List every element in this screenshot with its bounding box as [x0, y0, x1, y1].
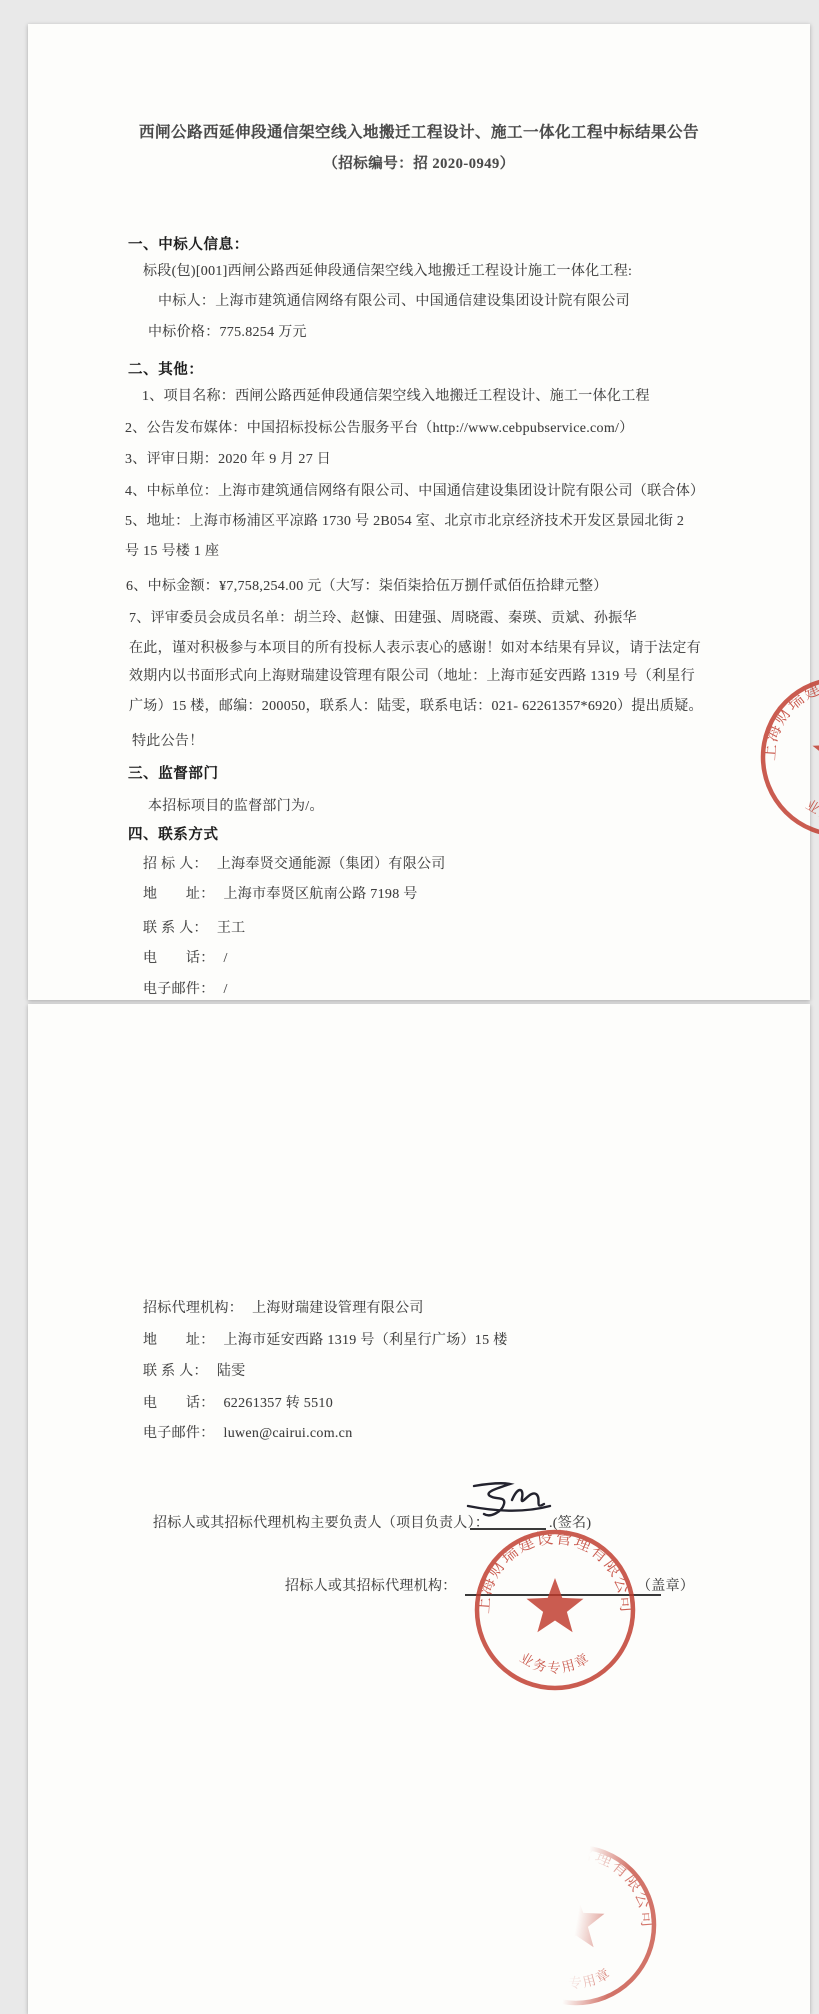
agency-row-person: 联 系 人：陆雯: [143, 1360, 245, 1380]
winner-line: 中标人：上海市建筑通信网络有限公司、中国通信建设集团设计院有限公司: [158, 290, 630, 310]
agency-label: 招标代理机构：: [143, 1301, 243, 1316]
tender-number: （招标编号：招 2020-0949）: [28, 152, 810, 173]
contact-value: 上海市奉贤区航南公路 7198 号: [224, 887, 418, 902]
section1-heading: 一、中标人信息：: [128, 233, 249, 254]
price-line: 中标价格：775.8254 万元: [148, 321, 307, 341]
note-line-1: 在此，谨对积极参与本项目的所有投标人表示衷心的感谢！如对本结果有异议，请于法定有: [129, 637, 701, 657]
star-icon: [527, 1578, 584, 1632]
contact-value: /: [224, 982, 228, 997]
other-item-4: 4、中标单位：上海市建筑通信网络有限公司、中国通信建设集团设计院有限公司（联合体…: [125, 480, 704, 500]
section3-heading: 三、监督部门: [128, 762, 219, 783]
agency-seal-line: 招标人或其招标代理机构：: [285, 1575, 457, 1595]
agency-label: 电子邮件：: [143, 1426, 215, 1441]
package-line: 标段(包)[001]西闸公路西延伸段通信架空线入地搬迁工程设计施工一体化工程:: [143, 260, 632, 280]
star-icon: [813, 725, 819, 779]
contact-row-tenderer: 招 标 人：上海奉贤交通能源（集团）有限公司: [143, 853, 446, 873]
seal-type-text: 业务专用章: [538, 1964, 614, 1990]
handwritten-signature: [460, 1476, 556, 1526]
contact-label: 电 话：: [143, 951, 215, 966]
note-line-4: 特此公告！: [132, 730, 204, 750]
page-2: 招标代理机构：上海财瑞建设管理有限公司 地 址：上海市延安西路 1319 号（利…: [28, 1004, 810, 2014]
principal-sign-line: 招标人或其招标代理机构主要负责人（项目负责人）：: [153, 1512, 489, 1532]
supervision-body: 本招标项目的监督部门为/。: [148, 795, 324, 815]
other-item-3: 3、评审日期：2020 年 9 月 27 日: [125, 448, 331, 468]
agency-row-name: 招标代理机构：上海财瑞建设管理有限公司: [143, 1297, 424, 1317]
company-seal: 上海财瑞建设管理有限公司 业务专用章: [470, 1525, 640, 1695]
contact-row-email: 电子邮件：/: [143, 978, 228, 998]
agency-row-email: 电子邮件：luwen@cairui.com.cn: [143, 1422, 353, 1442]
contact-row-address: 地 址：上海市奉贤区航南公路 7198 号: [143, 883, 418, 903]
contact-row-person: 联 系 人：王工: [143, 917, 245, 937]
contact-label: 电子邮件：: [143, 982, 215, 997]
agency-value: 上海市延安西路 1319 号（利星行广场）15 楼: [224, 1333, 508, 1348]
contact-value: 王工: [217, 921, 246, 936]
agency-value: 陆雯: [217, 1364, 246, 1379]
contact-value: /: [224, 951, 228, 966]
note-line-3: 广场）15 楼，邮编：200050，联系人：陆雯，联系电话：021- 62261…: [129, 695, 703, 715]
agency-seal-suffix: （盖章）: [637, 1575, 694, 1595]
scanned-announcement-document: 西闸公路西延伸段通信架空线入地搬迁工程设计、施工一体化工程中标结果公告 （招标编…: [0, 0, 819, 2014]
seal-type-text: 业务专用章: [517, 1649, 593, 1675]
seal-company-text: 上海财瑞建设管理有限公司: [760, 675, 819, 761]
other-item-7: 7、评审委员会成员名单：胡兰玲、赵慷、田建强、周晓霞、秦瑛、贡斌、孙振华: [129, 607, 637, 627]
other-item-5-cont: 号 15 号楼 1 座: [125, 540, 219, 560]
page-1: 西闸公路西延伸段通信架空线入地搬迁工程设计、施工一体化工程中标结果公告 （招标编…: [28, 24, 810, 1000]
agency-value: luwen@cairui.com.cn: [224, 1426, 353, 1441]
contact-label: 招 标 人：: [143, 857, 208, 872]
agency-label: 地 址：: [143, 1333, 215, 1348]
contact-label: 联 系 人：: [143, 921, 208, 936]
section2-heading: 二、其他：: [128, 358, 204, 379]
contact-row-phone: 电 话：/: [143, 947, 228, 967]
other-item-6: 6、中标金额：¥7,758,254.00 元（大写：柒佰柒拾伍万捌仟贰佰伍拾肆元…: [126, 575, 608, 595]
note-line-2: 效期内以书面形式向上海财瑞建设管理有限公司（地址：上海市延安西路 1319 号（…: [129, 665, 695, 685]
other-item-5: 5、地址：上海市杨浦区平凉路 1730 号 2B054 室、北京市北京经济技术开…: [125, 510, 684, 530]
other-item-1: 1、项目名称：西闸公路西延伸段通信架空线入地搬迁工程设计、施工一体化工程: [142, 385, 650, 405]
contact-label: 地 址：: [143, 887, 215, 902]
contact-value: 上海奉贤交通能源（集团）有限公司: [217, 857, 446, 872]
section4-heading: 四、联系方式: [128, 823, 219, 844]
agency-label: 联 系 人：: [143, 1364, 208, 1379]
company-seal-partial: 上海财瑞建设管理有限公司 业务专用章: [491, 1840, 661, 2010]
seal-type-text: 业务专用章: [803, 796, 819, 822]
agency-label: 电 话：: [143, 1396, 215, 1411]
company-seal-page1-edge: 上海财瑞建设管理有限公司 业务专用章: [756, 672, 819, 842]
announcement-title: 西闸公路西延伸段通信架空线入地搬迁工程设计、施工一体化工程中标结果公告: [28, 120, 810, 142]
agency-value: 上海财瑞建设管理有限公司: [252, 1301, 424, 1316]
agency-value: 62261357 转 5510: [224, 1396, 334, 1411]
agency-row-address: 地 址：上海市延安西路 1319 号（利星行广场）15 楼: [143, 1329, 508, 1349]
star-icon: [548, 1893, 605, 1947]
agency-row-phone: 电 话：62261357 转 5510: [143, 1392, 333, 1412]
other-item-2: 2、公告发布媒体：中国招标投标公告服务平台（http://www.cebpubs…: [125, 417, 634, 437]
